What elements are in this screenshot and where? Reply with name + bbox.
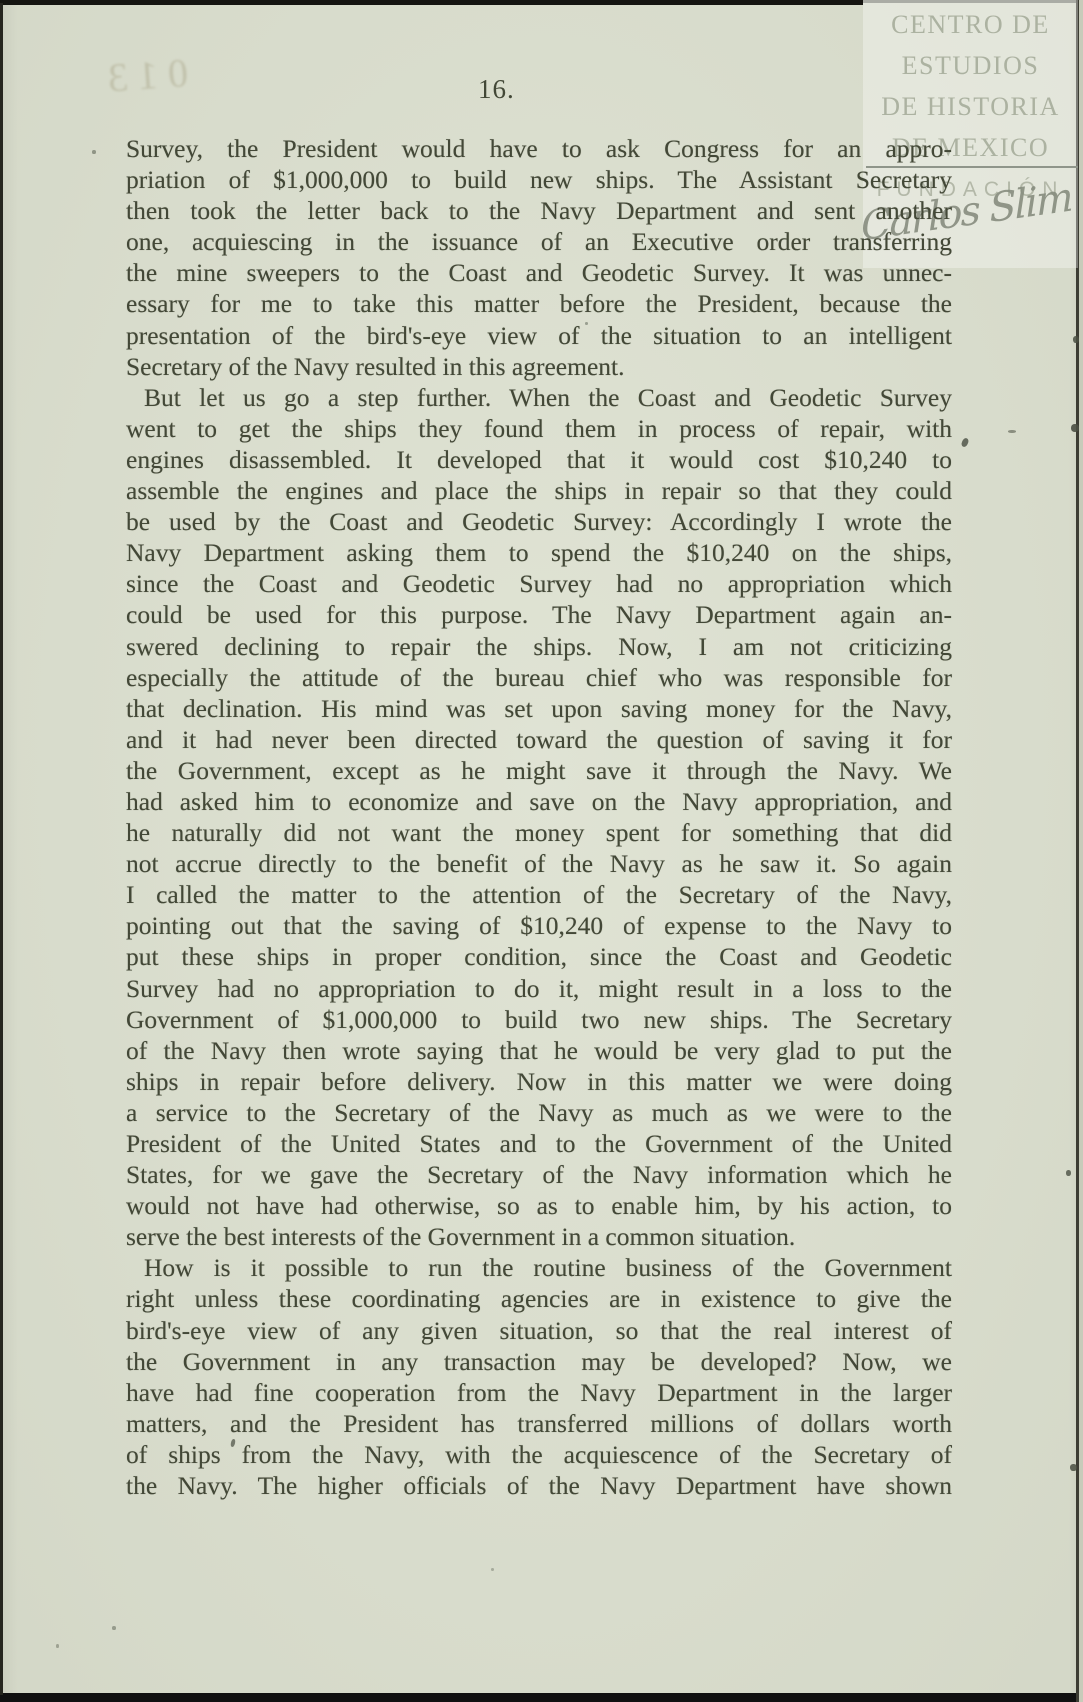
watermark-line: ESTUDIOS [863, 45, 1078, 86]
text-line: one, acquiescing in the issuance of an E… [126, 226, 952, 257]
ghost-print-through-digits: 013 [96, 49, 189, 102]
scan-speck [1070, 1464, 1077, 1471]
text-line: essary for me to take this matter before… [126, 288, 952, 319]
text-line: matters, and the President has transferr… [126, 1408, 952, 1439]
text-line: of ships from the Navy, with the acquies… [126, 1439, 952, 1470]
text-line: bird's-eye view of any given situation, … [126, 1315, 952, 1346]
text-line: since the Coast and Geodetic Survey had … [126, 568, 952, 599]
scan-speck [491, 1568, 494, 1571]
text-line: But let us go a step further. When the C… [126, 382, 952, 413]
text-line: be used by the Coast and Geodetic Survey… [126, 506, 952, 537]
scanned-document-page: CENTRO DE ESTUDIOS DE HISTORIA DE MEXICO… [0, 0, 1083, 1702]
scan-edge-left [0, 3, 3, 1695]
text-line: Survey, the President would have to ask … [126, 133, 952, 164]
text-line: put these ships in proper condition, sin… [126, 941, 952, 972]
scan-speck [112, 1626, 116, 1630]
text-line: right unless these coordinating agencies… [126, 1283, 952, 1314]
text-line: I called the matter to the attention of … [126, 879, 952, 910]
body-text: Survey, the President would have to ask … [126, 133, 952, 1501]
text-line: States, for we gave the Secretary of the… [126, 1159, 952, 1190]
text-line: Secretary of the Navy resulted in this a… [126, 351, 952, 382]
text-line: of the Navy then wrote saying that he wo… [126, 1035, 952, 1066]
text-line: a service to the Secretary of the Navy a… [126, 1097, 952, 1128]
text-line: the Government, except as he might save … [126, 755, 952, 786]
scan-speck [1073, 336, 1079, 343]
text-line: ships in repair before delivery. Now in … [126, 1066, 952, 1097]
text-line: the mine sweepers to the Coast and Geode… [126, 257, 952, 288]
text-line: especially the attitude of the bureau ch… [126, 662, 952, 693]
text-line: President of the United States and to th… [126, 1128, 952, 1159]
scan-speck [1066, 1170, 1071, 1176]
text-line: went to get the ships they found them in… [126, 413, 952, 444]
text-line: swered declining to repair the ships. No… [126, 631, 952, 662]
text-line: could be used for this purpose. The Navy… [126, 599, 952, 630]
text-line: pointing out that the saving of $10,240 … [126, 910, 952, 941]
scan-edge-top [0, 0, 863, 5]
text-line: assemble the engines and place the ships… [126, 475, 952, 506]
text-line: Navy Department asking them to spend the… [126, 537, 952, 568]
text-line: would not have had otherwise, so as to e… [126, 1190, 952, 1221]
text-line: Government of $1,000,000 to build two ne… [126, 1004, 952, 1035]
text-line: then took the letter back to the Navy De… [126, 195, 952, 226]
text-line: the Navy. The higher officials of the Na… [126, 1470, 952, 1501]
text-line: How is it possible to run the routine bu… [126, 1252, 952, 1283]
text-line: not accrue directly to the benefit of th… [126, 848, 952, 879]
watermark-line: CENTRO DE [863, 4, 1078, 45]
scan-speck [960, 437, 969, 448]
text-line: he naturally did not want the money spen… [126, 817, 952, 848]
page-number: 16. [478, 74, 515, 105]
text-line: the Government in any transaction may be… [126, 1346, 952, 1377]
text-line: serve the best interests of the Governme… [126, 1221, 952, 1252]
scan-speck [585, 322, 588, 325]
text-line: have had fine cooperation from the Navy … [126, 1377, 952, 1408]
scan-speck [56, 1644, 59, 1648]
text-line: presentation of the bird's-eye view of t… [126, 320, 952, 351]
scan-edge-bottom [0, 1693, 1083, 1702]
text-line: priation of $1,000,000 to build new ship… [126, 164, 952, 195]
text-line: and it had never been directed toward th… [126, 724, 952, 755]
scan-speck [92, 150, 96, 154]
scan-edge-right [1079, 0, 1083, 1702]
text-line: engines disassembled. It developed that … [126, 444, 952, 475]
scan-speck [1071, 424, 1079, 432]
text-line: that declination. His mind was set upon … [126, 693, 952, 724]
scan-speck [1008, 430, 1016, 433]
text-line: Survey had no appropriation to do it, mi… [126, 973, 952, 1004]
watermark-line: DE HISTORIA [863, 86, 1078, 127]
text-line: had asked him to economize and save on t… [126, 786, 952, 817]
